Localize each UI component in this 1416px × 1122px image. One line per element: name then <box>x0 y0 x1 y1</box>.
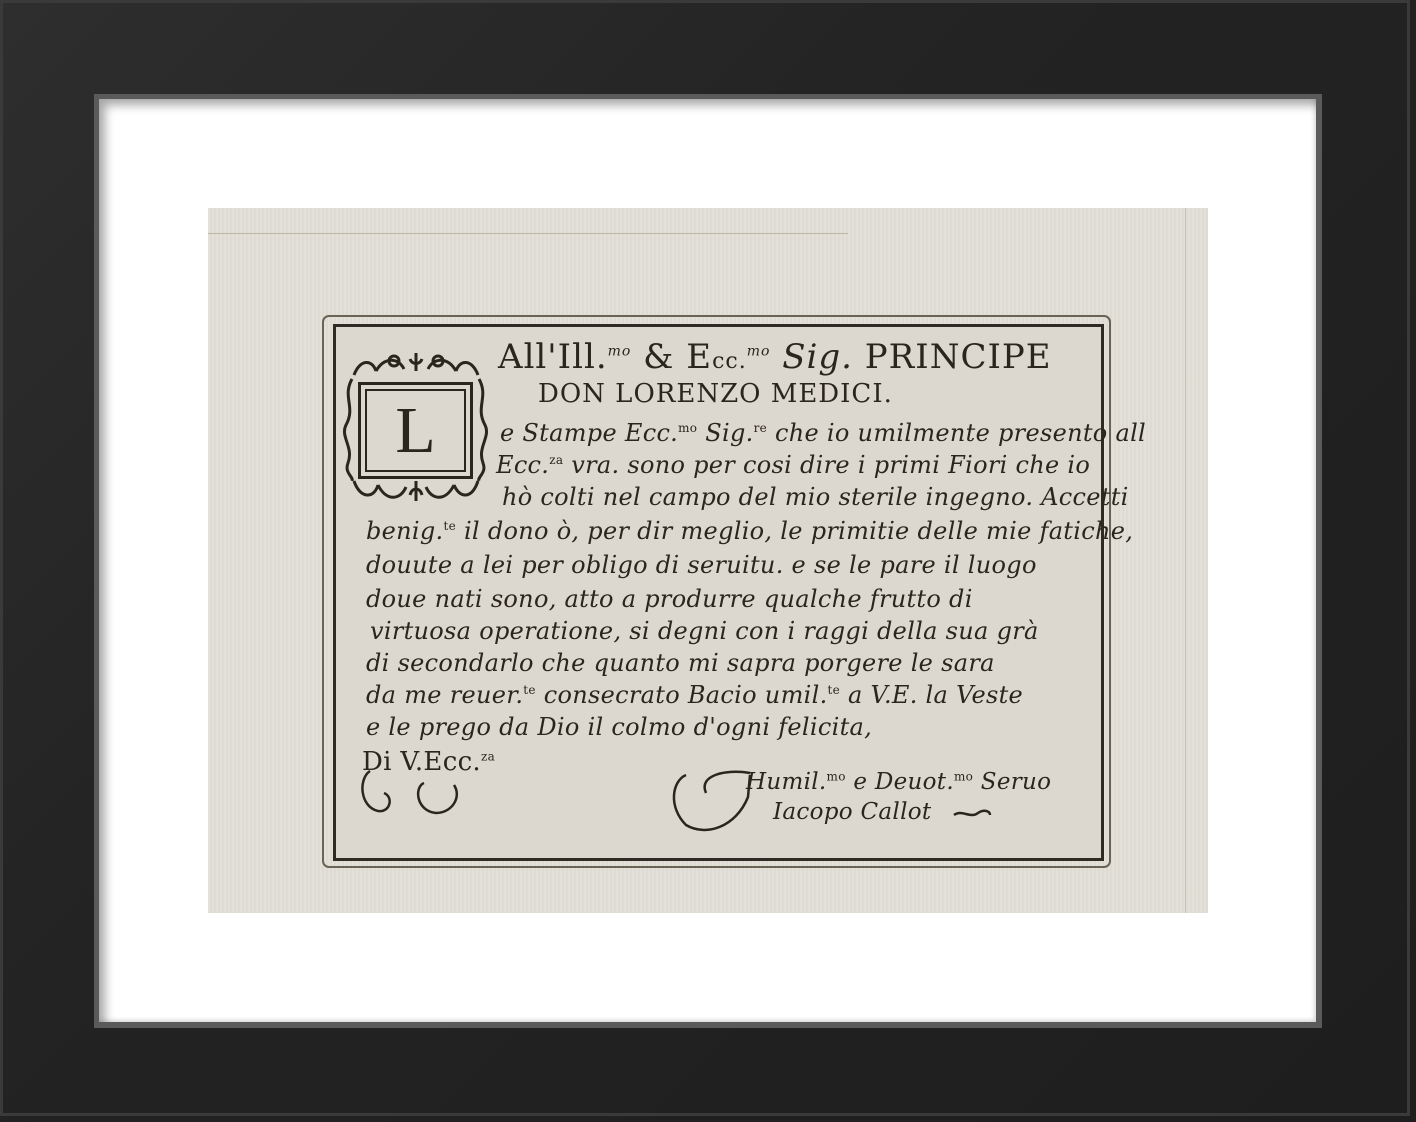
ornament-top-icon <box>350 349 482 379</box>
body-line-10: e le prego da Dio il colmo d'ogni felici… <box>366 713 872 741</box>
ornament-right-icon <box>473 377 491 481</box>
body-line-9: da me reuer.te consecrato Bacio umil.te … <box>366 681 1023 709</box>
ornament-bottom-icon <box>350 477 482 505</box>
salutation-flourish-icon <box>356 767 476 827</box>
heading-line-2: DON LORENZO MEDICI. <box>538 379 893 409</box>
body-line-2: Ecc.za vra. sono per cosi dire i primi F… <box>496 451 1090 479</box>
heading-sig: Sig. <box>770 337 864 377</box>
heading-amp: & E <box>631 337 712 377</box>
signature-line-2: Iacopo Callot <box>773 799 931 825</box>
paper-fold-vertical <box>1185 208 1186 913</box>
heading-prefix: A <box>498 337 524 377</box>
print-paper: All'Ill.mo & Ecc.mo Sig. PRINCIPE DON LO… <box>208 208 1208 913</box>
engraved-border: All'Ill.mo & Ecc.mo Sig. PRINCIPE DON LO… <box>333 324 1104 861</box>
heading-cc: cc. <box>712 349 747 374</box>
paper-fold-horizontal <box>208 233 848 234</box>
body-line-3: hò colti nel campo del mio sterile ingeg… <box>502 483 1129 511</box>
signature-line-1: Humil.mo e Deuot.mo Seruo <box>746 769 1051 795</box>
body-line-1: e Stampe Ecc.mo Sig.re che io umilmente … <box>500 419 1146 447</box>
body-line-6: doue nati sono, atto a produrre qualche … <box>366 585 973 613</box>
body-line-4: benig.te il dono ò, per dir meglio, le p… <box>366 517 1133 545</box>
heading-sup: mo <box>608 344 632 360</box>
signature-tail-icon <box>952 805 992 821</box>
body-line-5: douute a lei per obligo di seruitu. e se… <box>366 551 1037 579</box>
heading-sup: mo <box>747 344 771 360</box>
heading-ill: ll'Ill. <box>524 337 608 377</box>
initial-letter: L <box>361 385 470 476</box>
heading-line-1: All'Ill.mo & Ecc.mo Sig. PRINCIPE <box>498 337 1052 377</box>
picture-frame: All'Ill.mo & Ecc.mo Sig. PRINCIPE DON LO… <box>0 0 1416 1122</box>
heading-principe: PRINCIPE <box>865 337 1052 377</box>
body-line-8: di secondarlo che quanto mi sapra porger… <box>366 649 995 677</box>
ornament-left-icon <box>340 377 358 481</box>
body-line-7: virtuosa operatione, si degni con i ragg… <box>370 617 1039 645</box>
decorated-initial: L <box>358 382 473 479</box>
